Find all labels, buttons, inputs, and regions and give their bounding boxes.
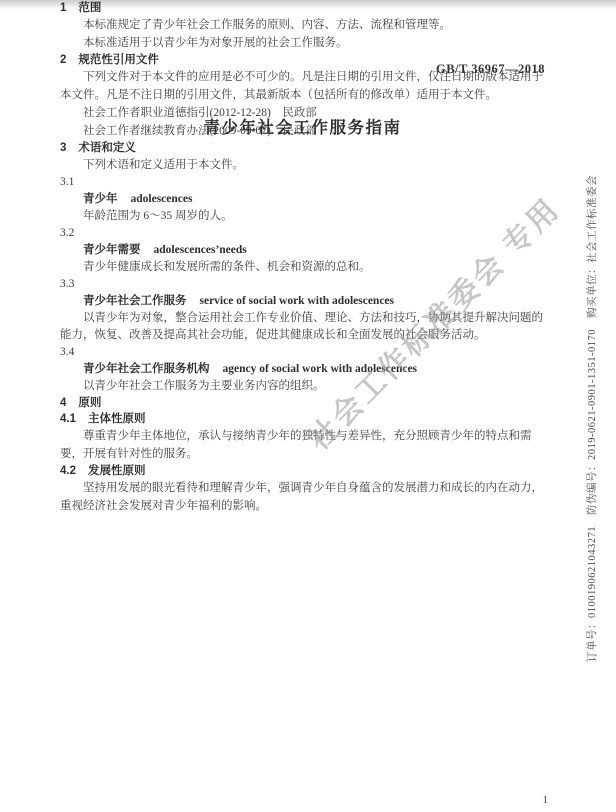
section-title: 原则 [78, 397, 101, 409]
paragraph: 本标准规定了青少年社会工作服务的原则、内容、方法、流程和管理等。 [60, 16, 545, 34]
section-title: 主体性原则 [88, 413, 146, 425]
section-number: 1 [60, 2, 66, 14]
term-title: 青少年 [83, 193, 118, 205]
term-english: agency of social work with adolescences [223, 363, 418, 375]
term-english: adolescences’needs [154, 244, 247, 256]
term-definition: 年龄范围为 6～35 周岁的人。 [60, 208, 545, 225]
reference-item: 社会工作者继续教育办法(2009-09-07) 民政部 [60, 122, 545, 140]
term-title-row: 青少年adolescences [60, 191, 545, 208]
paragraph: 下列文件对于本文件的应用是必不可少的。凡是注日期的引用文件，仅注日期的版本适用于… [60, 68, 545, 104]
section-3-heading: 3术语和定义 [60, 140, 545, 156]
section-number: 4.2 [60, 465, 76, 477]
section-number: 2 [60, 54, 66, 66]
section-1-heading: 1范围 [60, 0, 545, 16]
section-number: 4 [60, 397, 66, 409]
term-english: service of social work with adolescences [200, 295, 395, 307]
section-title: 范围 [78, 2, 101, 14]
paragraph: 本标准适用于以青少年为对象开展的社会工作服务。 [60, 34, 545, 52]
term-number: 3.1 [60, 174, 545, 191]
section-4-2-heading: 4.2发展性原则 [60, 463, 545, 479]
terms-list: 3.1 青少年adolescences 年龄范围为 6～35 周岁的人。 3.2… [60, 174, 545, 395]
term-title: 青少年社会工作服务 [83, 295, 187, 307]
term-english: adolescences [131, 193, 193, 205]
section-title: 规范性引用文件 [78, 54, 159, 66]
document-page: { "doc": { "standard_code": "GB/T 36967—… [0, 0, 616, 812]
side-anti-piracy-text: 订单号：0100190621043271 防伪编号：2019-0621-0901… [584, 175, 599, 662]
paragraph: 尊重青少年主体地位，承认与接纳青少年的独特性与差异性，充分照顾青少年的特点和需要… [60, 427, 545, 463]
paragraph: 坚持用发展的眼光看待和理解青少年，强调青少年自身蕴含的发展潜力和成长的内在动力，… [60, 479, 545, 515]
term-number: 3.2 [60, 225, 545, 242]
section-2-heading: 2规范性引用文件 [60, 52, 545, 68]
term-title: 青少年需要 [83, 244, 141, 256]
term-definition: 青少年健康成长和发展所需的条件、机会和资源的总和。 [60, 259, 545, 276]
term-definition: 以青少年为对象，整合运用社会工作专业价值、理论、方法和技巧，协助其提升解决问题的… [60, 310, 545, 344]
term-title-row: 青少年社会工作服务service of social work with ado… [60, 293, 545, 310]
reference-item: 社会工作者职业道德指引(2012-12-28) 民政部 [60, 104, 545, 122]
document-body: 1范围 本标准规定了青少年社会工作服务的原则、内容、方法、流程和管理等。 本标准… [60, 0, 545, 515]
term-number: 3.3 [60, 276, 545, 293]
section-number: 4.1 [60, 413, 76, 425]
section-4-heading: 4原则 [60, 395, 545, 411]
paragraph: 下列术语和定义适用于本文件。 [60, 156, 545, 174]
term-title: 青少年社会工作服务机构 [83, 363, 210, 375]
term-definition: 以青少年社会工作服务为主要业务内容的组织。 [60, 378, 545, 395]
section-title: 发展性原则 [88, 465, 146, 477]
term-number: 3.4 [60, 344, 545, 361]
term-title-row: 青少年需要adolescences’needs [60, 242, 545, 259]
term-title-row: 青少年社会工作服务机构agency of social work with ad… [60, 361, 545, 378]
section-number: 3 [60, 142, 66, 154]
page-number: 1 [543, 794, 549, 806]
section-4-1-heading: 4.1主体性原则 [60, 411, 545, 427]
section-title: 术语和定义 [78, 142, 136, 154]
